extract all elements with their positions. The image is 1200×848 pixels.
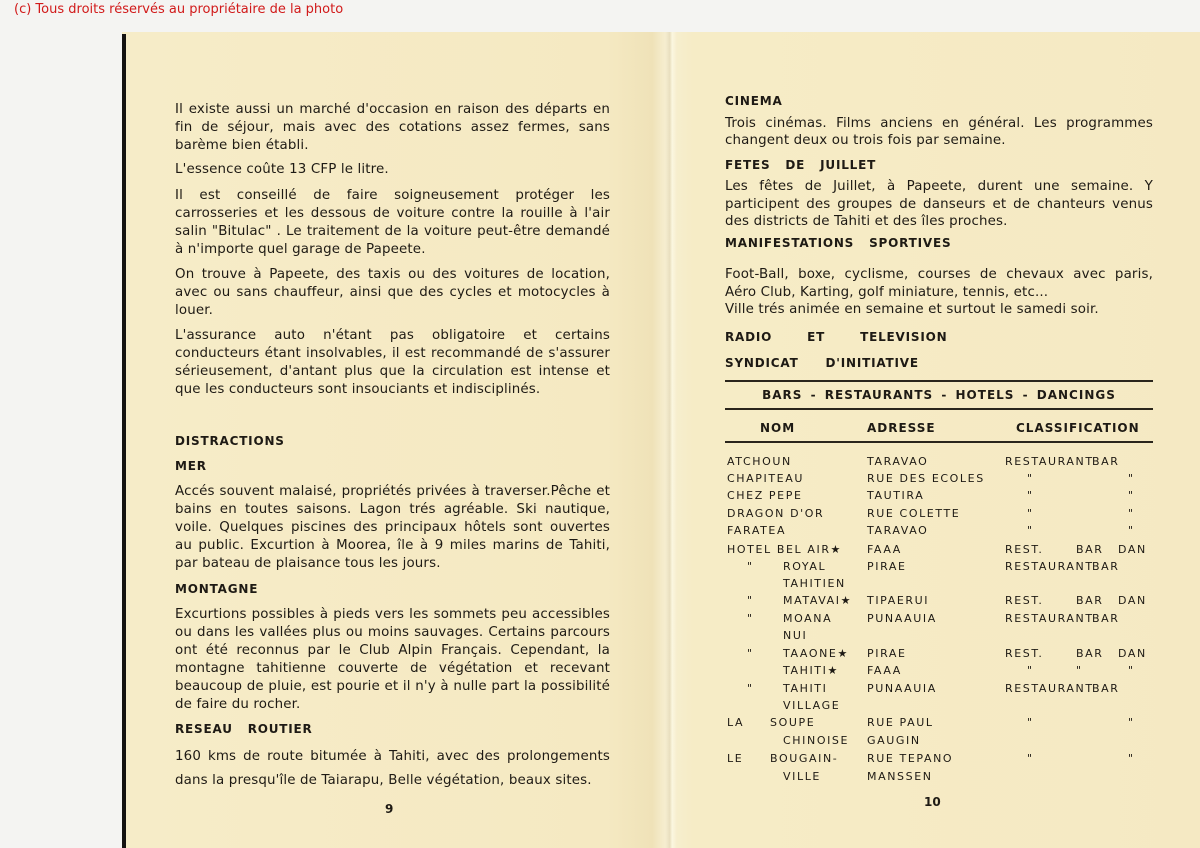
cell-nom: BOUGAIN- <box>770 752 838 765</box>
cell-classification-1: " <box>1027 752 1034 765</box>
cell-classification-1: REST. <box>1005 647 1044 660</box>
table-row: ATCHOUNTARAVAORESTAURANTBAR <box>725 455 1153 472</box>
paragraph-montagne: Excurtions possibles à pieds vers les so… <box>175 606 610 714</box>
cell-classification-1: RESTAURANT <box>1005 560 1094 573</box>
cell-adresse: RUE TEPANO <box>867 752 953 765</box>
cell-nom: MOANA <box>783 612 832 625</box>
paragraph-fuel-price: L'essence coûte 13 CFP le litre. <box>175 161 610 179</box>
copyright-watermark: (c) Tous droits réservés au propriétaire… <box>14 2 343 17</box>
cell-classification-1: " <box>1027 507 1034 520</box>
cell-adresse: RUE PAUL <box>867 716 934 729</box>
cell-classification-2: " <box>1128 507 1135 520</box>
cell-nom: SOUPE <box>770 716 815 729</box>
cell-adresse: PIRAE <box>867 647 907 660</box>
cell-classification-1: REST. <box>1005 594 1044 607</box>
table-row: TAHITI★FAAA""" <box>725 664 1153 681</box>
heading-distractions: DISTRACTIONS <box>175 434 285 448</box>
cell-nom: HOTEL BEL AIR★ <box>727 543 842 556</box>
cell-classification-2: BAR <box>1092 682 1120 695</box>
table-title: BARS - RESTAURANTS - HOTELS - DANCINGS <box>725 388 1153 402</box>
cell-adresse: RUE COLETTE <box>867 507 960 520</box>
heading-montagne: MONTAGNE <box>175 582 258 596</box>
cell-nom: VILLAGE <box>783 699 840 712</box>
cell-classification-2: " <box>1076 664 1083 677</box>
table-row: HOTEL BEL AIR★FAAAREST.BARDAN <box>725 543 1153 560</box>
table-row: VILLAGE <box>725 699 1153 716</box>
cell-classification-2: BAR <box>1076 543 1104 556</box>
row-prefix: " <box>747 560 754 573</box>
table-row: "TAHITIPUNAAUIARESTAURANTBAR <box>725 682 1153 699</box>
table-row: "MATAVAI★TIPAERUIREST.BARDAN <box>725 594 1153 611</box>
paragraph-used-market: Il existe aussi un marché d'occasion en … <box>175 101 610 155</box>
cell-classification-2: BAR <box>1092 455 1120 468</box>
cell-classification-2: " <box>1128 716 1135 729</box>
table-row: LEBOUGAIN-RUE TEPANO"" <box>725 752 1153 769</box>
cell-nom: VILLE <box>783 770 821 783</box>
table-row: "MOANAPUNAAUIARESTAURANTBAR <box>725 612 1153 629</box>
paragraph-insurance: L'assurance auto n'étant pas obligatoire… <box>175 327 610 399</box>
center-fold <box>665 32 677 848</box>
cell-classification-2: BAR <box>1092 612 1120 625</box>
cell-adresse: TIPAERUI <box>867 594 929 607</box>
cell-adresse: FAAA <box>867 543 902 556</box>
cell-classification-1: RESTAURANT <box>1005 682 1094 695</box>
table-row: "ROYALPIRAERESTAURANTBAR <box>725 560 1153 577</box>
cell-classification-3: " <box>1128 664 1135 677</box>
row-prefix: LA <box>727 716 744 729</box>
cell-classification-3: DAN <box>1118 647 1147 660</box>
cell-classification-1: " <box>1027 664 1034 677</box>
row-prefix: " <box>747 612 754 625</box>
cell-adresse: GAUGIN <box>867 734 921 747</box>
cell-adresse: PIRAE <box>867 560 907 573</box>
table-rule-top <box>725 380 1153 382</box>
cell-nom: CHINOISE <box>783 734 849 747</box>
cell-classification-1: " <box>1027 716 1034 729</box>
table-row: TAHITIEN <box>725 577 1153 594</box>
cell-nom: FARATEA <box>727 524 786 537</box>
paragraph-ville: Ville trés animée en semaine et surtout … <box>725 301 1153 319</box>
cell-nom: CHAPITEAU <box>727 472 804 485</box>
paragraph-cinema: Trois cinémas. Films anciens en général.… <box>725 115 1153 149</box>
row-prefix: " <box>747 647 754 660</box>
cell-classification-1: RESTAURANT <box>1005 455 1094 468</box>
cell-nom: TAHITI <box>783 682 827 695</box>
table-row: NUI <box>725 629 1153 646</box>
heading-syndicat: SYNDICAT D'INITIATIVE <box>725 356 919 370</box>
heading-fetes-juillet: FETES DE JUILLET <box>725 158 876 172</box>
cell-nom: TAHITIEN <box>783 577 846 590</box>
cell-classification-2: BAR <box>1092 560 1120 573</box>
cell-classification-1: REST. <box>1005 543 1044 556</box>
cell-adresse: TAUTIRA <box>867 489 924 502</box>
paragraph-reseau-routier: 160 kms de route bitumée à Tahiti, avec … <box>175 745 610 793</box>
cell-classification-1: " <box>1027 489 1034 502</box>
table-row: CHAPITEAURUE DES ECOLES"" <box>725 472 1153 489</box>
table-rule-mid <box>725 408 1153 410</box>
cell-classification-2: BAR <box>1076 594 1104 607</box>
cell-adresse: MANSSEN <box>867 770 933 783</box>
cell-nom: DRAGON D'OR <box>727 507 824 520</box>
cell-classification-2: BAR <box>1076 647 1104 660</box>
cell-adresse: PUNAAUIA <box>867 682 937 695</box>
cell-adresse: TARAVAO <box>867 455 928 468</box>
table-rule-header <box>725 441 1153 443</box>
cell-adresse: RUE DES ECOLES <box>867 472 985 485</box>
cell-classification-3: DAN <box>1118 543 1147 556</box>
table-row: DRAGON D'ORRUE COLETTE"" <box>725 507 1153 524</box>
table-row: CHEZ PEPETAUTIRA"" <box>725 489 1153 506</box>
cell-classification-2: " <box>1128 472 1135 485</box>
cell-adresse: TARAVAO <box>867 524 928 537</box>
page-number-left: 9 <box>385 802 393 816</box>
paragraph-fetes: Les fêtes de Juillet, à Papeete, durent … <box>725 178 1153 231</box>
row-prefix: LE <box>727 752 743 765</box>
cell-adresse: FAAA <box>867 664 902 677</box>
row-prefix: " <box>747 682 754 695</box>
paragraph-rust-protection: Il est conseillé de faire soigneusement … <box>175 187 610 259</box>
table-row: FARATEATARAVAO"" <box>725 524 1153 541</box>
heading-mer: MER <box>175 459 207 473</box>
table-row: VILLEMANSSEN <box>725 770 1153 787</box>
cell-nom: ATCHOUN <box>727 455 792 468</box>
row-prefix: " <box>747 594 754 607</box>
heading-cinema: CINEMA <box>725 94 783 108</box>
heading-manifestations-sportives: MANIFESTATIONS SPORTIVES <box>725 236 951 250</box>
cell-nom: TAHITI★ <box>783 664 839 677</box>
cell-nom: ROYAL <box>783 560 826 573</box>
booklet-edge <box>122 34 126 848</box>
table-row: "TAAONE★PIRAEREST.BARDAN <box>725 647 1153 664</box>
cell-classification-3: DAN <box>1118 594 1147 607</box>
page-number-right: 10 <box>924 795 941 809</box>
cell-classification-2: " <box>1128 489 1135 502</box>
cell-classification-1: " <box>1027 524 1034 537</box>
paragraph-taxis-rental: On trouve à Papeete, des taxis ou des vo… <box>175 266 610 320</box>
heading-reseau-routier: RESEAU ROUTIER <box>175 722 313 736</box>
heading-radio-television: RADIO ET TELEVISION <box>725 330 947 344</box>
column-header-nom: NOM <box>760 421 795 435</box>
cell-classification-2: " <box>1128 524 1135 537</box>
cell-classification-1: RESTAURANT <box>1005 612 1094 625</box>
cell-nom: NUI <box>783 629 807 642</box>
table-row: CHINOISEGAUGIN <box>725 734 1153 751</box>
cell-classification-2: " <box>1128 752 1135 765</box>
table-row: LASOUPERUE PAUL"" <box>725 716 1153 733</box>
column-header-classification: CLASSIFICATION <box>1016 421 1140 435</box>
cell-adresse: PUNAAUIA <box>867 612 937 625</box>
paragraph-sports: Foot-Ball, boxe, cyclisme, courses de ch… <box>725 266 1153 301</box>
paragraph-mer: Accés souvent malaisé, propriétés privée… <box>175 483 610 573</box>
column-header-adresse: ADRESSE <box>867 421 936 435</box>
cell-nom: TAAONE★ <box>783 647 849 660</box>
cell-nom: MATAVAI★ <box>783 594 852 607</box>
cell-classification-1: " <box>1027 472 1034 485</box>
cell-nom: CHEZ PEPE <box>727 489 803 502</box>
